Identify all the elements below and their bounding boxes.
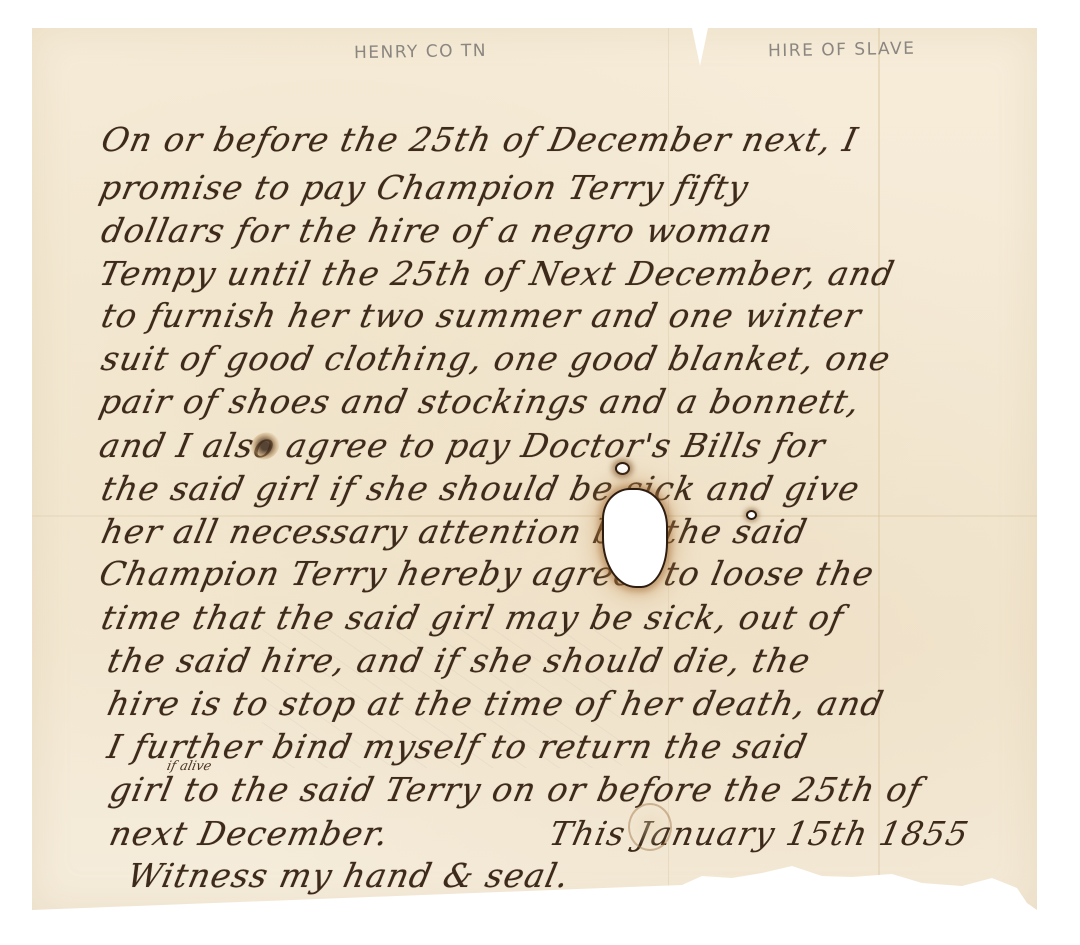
document-paper: HENRY CO TN HIRE OF SLAVE On or before t…	[32, 28, 1037, 910]
handwritten-line: time that the said girl may be sick, out…	[98, 598, 848, 637]
handwritten-line: her all necessary attention but the said	[98, 512, 811, 551]
handwritten-line: girl to the said Terry on or before the …	[106, 770, 926, 809]
handwritten-line: the said girl if she should be sick and …	[98, 469, 864, 508]
pencil-annotation-subject: HIRE OF SLAVE	[768, 39, 916, 62]
pencil-annotation-location: HENRY CO TN	[354, 41, 487, 63]
handwritten-line: to furnish her two summer and one winter	[98, 296, 865, 335]
date-line: This January 15th 1855	[546, 814, 973, 853]
handwritten-line: Tempy until the 25th of Next December, a…	[96, 254, 899, 293]
burn-hole	[604, 490, 666, 586]
burn-hole-small	[617, 464, 628, 473]
handwritten-line: pair of shoes and stockings and a bonnet…	[96, 382, 864, 421]
handwritten-line: dollars for the hire of a negro woman	[98, 211, 777, 250]
handwritten-line: the said hire, and if she should die, th…	[104, 641, 815, 680]
handwritten-line: and I also agree to pay Doctor's Bills f…	[96, 426, 829, 465]
handwritten-line: suit of good clothing, one good blanket,…	[98, 339, 895, 378]
stain-ring	[628, 803, 672, 851]
handwritten-line: Champion Terry hereby agrees to loose th…	[96, 554, 878, 593]
handwritten-line: On or before the 25th of December next, …	[98, 120, 862, 159]
signature-line: Witness my hand & seal.	[124, 856, 573, 895]
handwritten-line: promise to pay Champion Terry fifty	[96, 168, 753, 207]
handwritten-line: next December.	[106, 814, 393, 853]
burn-spot	[748, 512, 755, 518]
handwritten-line: hire is to stop at the time of her death…	[104, 684, 888, 723]
